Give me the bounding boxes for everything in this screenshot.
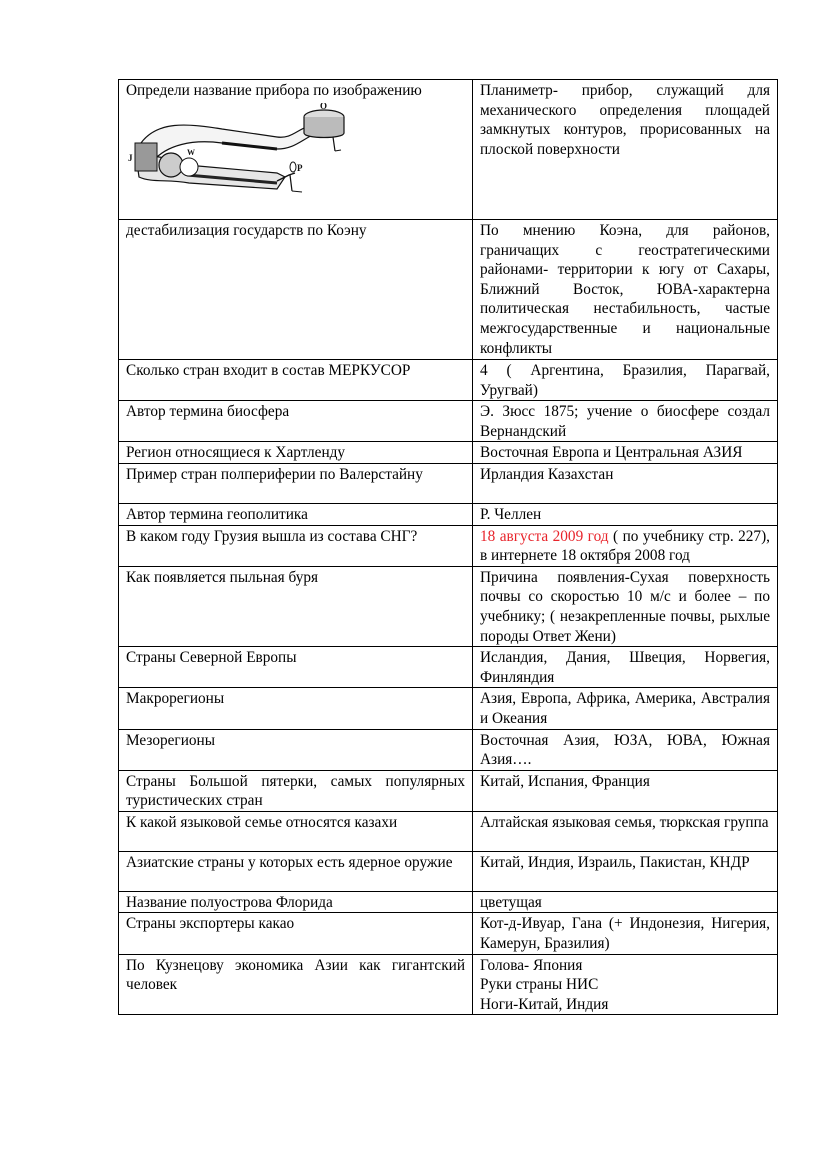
question-text: Сколько стран входит в состав МЕРКУСОР — [126, 362, 410, 379]
question-text: дестабилизация государств по Коэну — [126, 222, 367, 239]
answer-cell: Исландия, Дания, Швеция, Норвегия, Финля… — [473, 647, 778, 688]
answer-cell: 4 ( Аргентина, Бразилия, Парагвай, Уругв… — [473, 360, 778, 401]
question-cell: Автор термина биосфера — [119, 401, 473, 442]
question-cell: Название полуострова Флорида — [119, 891, 473, 913]
answer-cell: 18 августа 2009 год ( по учебнику стр. 2… — [473, 525, 778, 566]
answer-text: Восточная Азия, ЮЗА, ЮВА, Южная Азия…. — [480, 732, 770, 769]
svg-text:J: J — [128, 153, 133, 163]
answer-cell: Восточная Азия, ЮЗА, ЮВА, Южная Азия…. — [473, 729, 778, 770]
question-cell: Страны Большой пятерки, самых популярных… — [119, 770, 473, 811]
answer-text: цветущая — [480, 894, 542, 911]
qa-table: Определи название прибора по изображению… — [118, 79, 778, 1015]
question-cell: Мезорегионы — [119, 729, 473, 770]
question-text: Регион относящиеся к Хартленду — [126, 444, 345, 461]
question-cell: дестабилизация государств по Коэну — [119, 220, 473, 360]
table-row: Мезорегионы Восточная Азия, ЮЗА, ЮВА, Юж… — [119, 729, 778, 770]
answer-cell: Алтайская языковая семья, тюркская групп… — [473, 811, 778, 851]
question-cell: Макрорегионы — [119, 688, 473, 729]
answer-line: Руки страны НИС — [480, 975, 770, 995]
answer-cell: Планиметр- прибор, служащий для механиче… — [473, 80, 778, 220]
table-row: К какой языковой семье относятся казахи … — [119, 811, 778, 851]
answer-cell: Кот-д-Ивуар, Гана (+ Индонезия, Нигерия,… — [473, 913, 778, 954]
table-row: Макрорегионы Азия, Европа, Африка, Амери… — [119, 688, 778, 729]
svg-text:P: P — [297, 163, 303, 173]
question-text: Страны Большой пятерки, самых популярных… — [126, 773, 465, 810]
answer-cell: Э. Зюсс 1875; учение о биосфере создал В… — [473, 401, 778, 442]
table-row: Страны экспортеры какао Кот-д-Ивуар, Ган… — [119, 913, 778, 954]
table-row: Сколько стран входит в состав МЕРКУСОР 4… — [119, 360, 778, 401]
question-text: Как появляется пыльная буря — [126, 569, 318, 586]
question-cell: В каком году Грузия вышла из состава СНГ… — [119, 525, 473, 566]
question-cell: Как появляется пыльная буря — [119, 566, 473, 646]
question-cell: Определи название прибора по изображению… — [119, 80, 473, 220]
answer-text: Китай, Индия, Израиль, Пакистан, КНДР — [480, 854, 750, 871]
question-cell: Страны Северной Европы — [119, 647, 473, 688]
table-row: Автор термина геополитика Р. Челлен — [119, 503, 778, 525]
question-text: Пример стран полпериферии по Валерстайну — [126, 466, 423, 483]
question-cell: Сколько стран входит в состав МЕРКУСОР — [119, 360, 473, 401]
table-row: По Кузнецову экономика Азии как гигантск… — [119, 954, 778, 1015]
answer-text: Алтайская языковая семья, тюркская групп… — [480, 814, 769, 831]
table-row: Страны Северной Европы Исландия, Дания, … — [119, 647, 778, 688]
question-cell: Пример стран полпериферии по Валерстайну — [119, 463, 473, 503]
answer-cell: цветущая — [473, 891, 778, 913]
question-cell: К какой языковой семье относятся казахи — [119, 811, 473, 851]
answer-highlight: 18 августа 2009 год — [480, 528, 609, 545]
svg-text:W: W — [187, 148, 195, 157]
answer-cell: Ирландия Казахстан — [473, 463, 778, 503]
answer-text: Р. Челлен — [480, 506, 541, 523]
question-text: Азиатские страны у которых есть ядерное … — [126, 854, 452, 871]
table-row: Определи название прибора по изображению… — [119, 80, 778, 220]
question-text: Макрорегионы — [126, 690, 224, 707]
question-cell: Азиатские страны у которых есть ядерное … — [119, 851, 473, 891]
answer-text: Причина появления-Сухая поверхность почв… — [480, 569, 770, 645]
table-row: Регион относящиеся к Хартленду Восточная… — [119, 442, 778, 464]
table-row: Страны Большой пятерки, самых популярных… — [119, 770, 778, 811]
svg-text:O: O — [320, 103, 327, 111]
answer-cell: Р. Челлен — [473, 503, 778, 525]
question-text: По Кузнецову экономика Азии как гигантск… — [126, 957, 465, 994]
table-row: дестабилизация государств по Коэну По мн… — [119, 220, 778, 360]
table-row: В каком году Грузия вышла из состава СНГ… — [119, 525, 778, 566]
question-cell: По Кузнецову экономика Азии как гигантск… — [119, 954, 473, 1015]
answer-cell: Восточная Европа и Центральная АЗИЯ — [473, 442, 778, 464]
table-row: Автор термина биосфера Э. Зюсс 1875; уче… — [119, 401, 778, 442]
table-row: Как появляется пыльная буря Причина появ… — [119, 566, 778, 646]
answer-text: Планиметр- прибор, служащий для механиче… — [480, 82, 770, 158]
answer-text: Восточная Европа и Центральная АЗИЯ — [480, 444, 742, 461]
answer-cell: Китай, Индия, Израиль, Пакистан, КНДР — [473, 851, 778, 891]
question-text: Название полуострова Флорида — [126, 894, 333, 911]
table-row: Название полуострова Флорида цветущая — [119, 891, 778, 913]
answer-text: Азия, Европа, Африка, Америка, Австралия… — [480, 690, 770, 727]
answer-cell: Азия, Европа, Африка, Америка, Австралия… — [473, 688, 778, 729]
question-text: Автор термина геополитика — [126, 506, 308, 523]
answer-line: Ноги-Китай, Индия — [480, 995, 770, 1015]
answer-cell: Китай, Испания, Франция — [473, 770, 778, 811]
answer-text: По мнению Коэна, для районов, граничащих… — [480, 222, 770, 357]
answer-cell: Голова- Япония Руки страны НИС Ноги-Кита… — [473, 954, 778, 1015]
answer-cell: Причина появления-Сухая поверхность почв… — [473, 566, 778, 646]
answer-text: Исландия, Дания, Швеция, Норвегия, Финля… — [480, 649, 770, 686]
answer-text: Кот-д-Ивуар, Гана (+ Индонезия, Нигерия,… — [480, 915, 770, 952]
answer-line: Голова- Япония — [480, 956, 770, 976]
answer-cell: По мнению Коэна, для районов, граничащих… — [473, 220, 778, 360]
answer-text: 4 ( Аргентина, Бразилия, Парагвай, Уругв… — [480, 362, 770, 399]
answer-text: Э. Зюсс 1875; учение о биосфере создал В… — [480, 403, 770, 440]
table-row: Азиатские страны у которых есть ядерное … — [119, 851, 778, 891]
question-text: К какой языковой семье относятся казахи — [126, 814, 397, 831]
answer-text: Китай, Испания, Франция — [480, 773, 650, 790]
question-text: Страны экспортеры какао — [126, 915, 294, 932]
question-text: Мезорегионы — [126, 732, 215, 749]
question-cell: Автор термина геополитика — [119, 503, 473, 525]
document-page: Определи название прибора по изображению… — [0, 0, 827, 1170]
question-text: Определи название прибора по изображению — [126, 82, 422, 99]
planimeter-illustration-icon: O J W P — [127, 103, 347, 203]
table-row: Пример стран полпериферии по Валерстайну… — [119, 463, 778, 503]
question-cell: Страны экспортеры какао — [119, 913, 473, 954]
question-text: Автор термина биосфера — [126, 403, 289, 420]
question-text: В каком году Грузия вышла из состава СНГ… — [126, 528, 417, 545]
question-cell: Регион относящиеся к Хартленду — [119, 442, 473, 464]
question-text: Страны Северной Европы — [126, 649, 297, 666]
answer-text: Ирландия Казахстан — [480, 466, 613, 483]
